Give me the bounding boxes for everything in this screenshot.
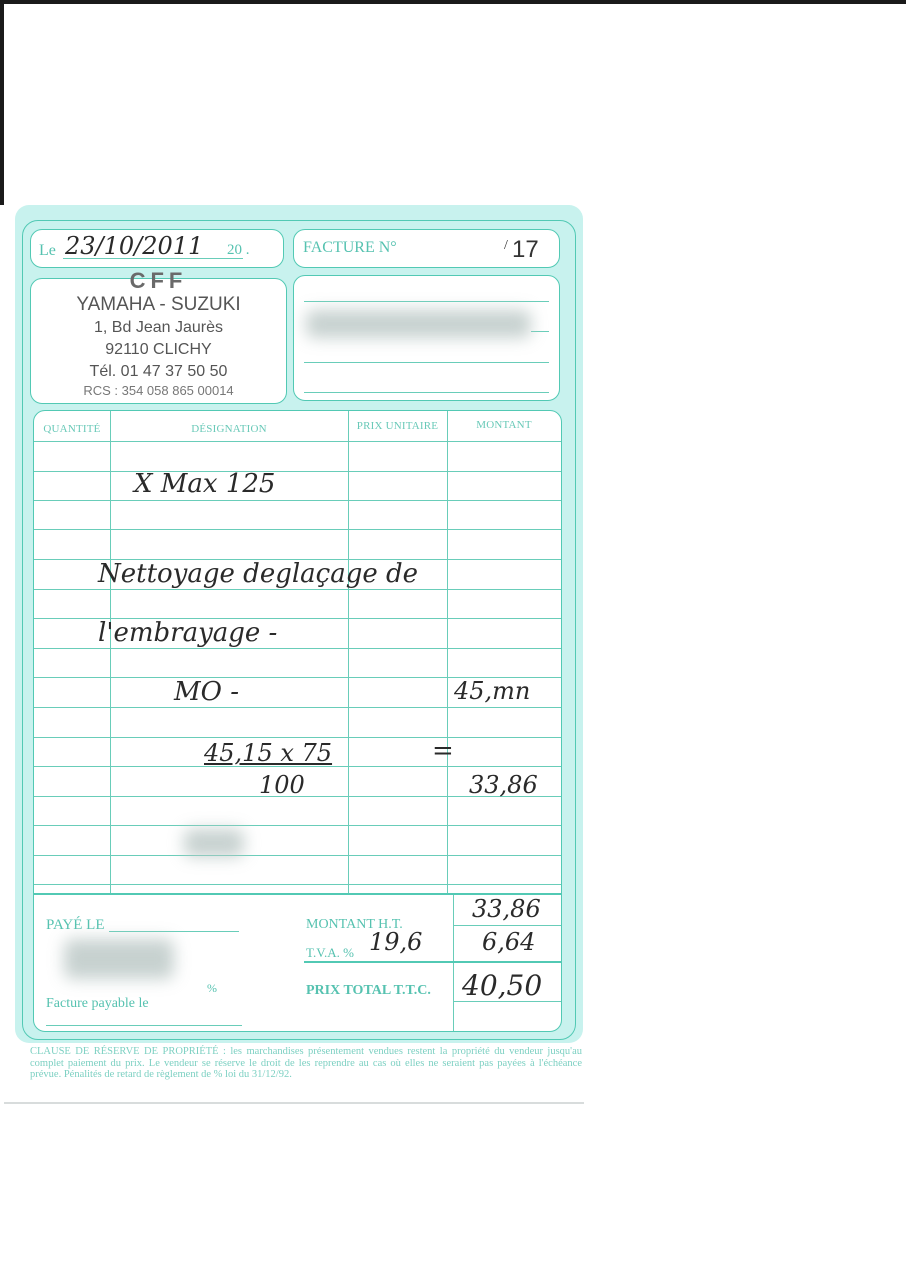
row-line [34,500,561,501]
client-line-3 [304,362,549,363]
line-montant-6: 33,86 [469,771,538,799]
date-suffix: 20 . [227,242,250,259]
ht-value: 33,86 [472,895,541,923]
row-line [34,707,561,708]
header-prix-unitaire: PRIX UNITAIRE [348,420,447,432]
vendor-rcs: RCS : 354 058 865 00014 [31,383,286,398]
tva-label: T.V.A. % [306,945,354,961]
payable-label: Facture payable le [46,996,149,1012]
row-line [34,737,561,738]
scan-border-left [0,0,4,205]
line-designation-4: MO - [174,677,239,707]
invoice-label: FACTURE N° [303,239,397,257]
paid-underline [109,931,239,932]
row-line [34,471,561,472]
payable-underline [46,1025,242,1026]
ttc-value: 40,50 [462,969,542,1002]
tva-value: 6,64 [482,928,535,956]
client-line-4 [304,392,549,393]
ttc-label: PRIX TOTAL T.T.C. [306,983,431,999]
invoice-slash: / [504,238,508,254]
line-montant-4: 45,mn [454,677,530,705]
client-box [293,275,560,401]
percent-sign: % [207,981,217,996]
row-line [34,825,561,826]
vendor-box: CFF YAMAHA - SUZUKI 1, Bd Jean Jaurès 92… [30,278,287,404]
redacted-note [184,829,244,857]
header-designation: DÉSIGNATION [110,423,348,435]
invoice-number-box: FACTURE N° / 17 [293,229,560,268]
tva-rate: 19,6 [369,928,422,956]
retention-clause: CLAUSE DE RÉSERVE DE PROPRIÉTÉ : les mar… [30,1046,582,1081]
line-designation-3: l'embrayage - [98,618,277,648]
invoice-number: 17 [512,236,539,264]
row-line [34,589,561,590]
vendor-phone: Tél. 01 47 37 50 50 [31,363,286,381]
line-designation-1: X Max 125 [134,469,275,499]
col-divider-3 [447,411,448,893]
totals-col-divider [453,895,454,1031]
line-montant-5: = [432,736,454,766]
scan-shadow-line [4,1102,584,1104]
items-table: QUANTITÉ DÉSIGNATION PRIX UNITAIRE MONTA… [33,410,562,894]
scan-border-top [0,0,906,4]
line-designation-2: Nettoyage deglaçage de [98,559,418,589]
line-designation-5: 45,15 x 75 [204,739,332,767]
totals-line-2 [304,961,561,963]
row-line [34,648,561,649]
client-line-1 [304,301,549,302]
header-quantite: QUANTITÉ [34,423,110,435]
line-designation-6: 100 [259,771,305,799]
row-line [34,855,561,856]
header-montant: MONTANT [447,419,561,431]
totals-section: PAYÉ LE % Facture payable le MONTANT H.T… [33,894,562,1032]
date-box: Le 23/10/2011 20 . [30,229,284,268]
row-line [34,441,561,442]
row-line [34,884,561,885]
date-label: Le [39,242,56,260]
vendor-brands: YAMAHA - SUZUKI [31,294,286,316]
col-divider-2 [348,411,349,893]
date-value: 23/10/2011 [65,232,203,260]
col-divider-1 [110,411,111,893]
redacted-payment [64,939,174,979]
row-line [34,529,561,530]
paid-label: PAYÉ LE [46,917,105,934]
vendor-name: CFF [31,268,286,294]
vendor-address-line2: 92110 CLICHY [31,341,286,359]
client-line-2 [531,331,549,332]
totals-line-1 [454,925,561,926]
vendor-address-line1: 1, Bd Jean Jaurès [31,319,286,337]
redacted-client-name [306,310,531,338]
